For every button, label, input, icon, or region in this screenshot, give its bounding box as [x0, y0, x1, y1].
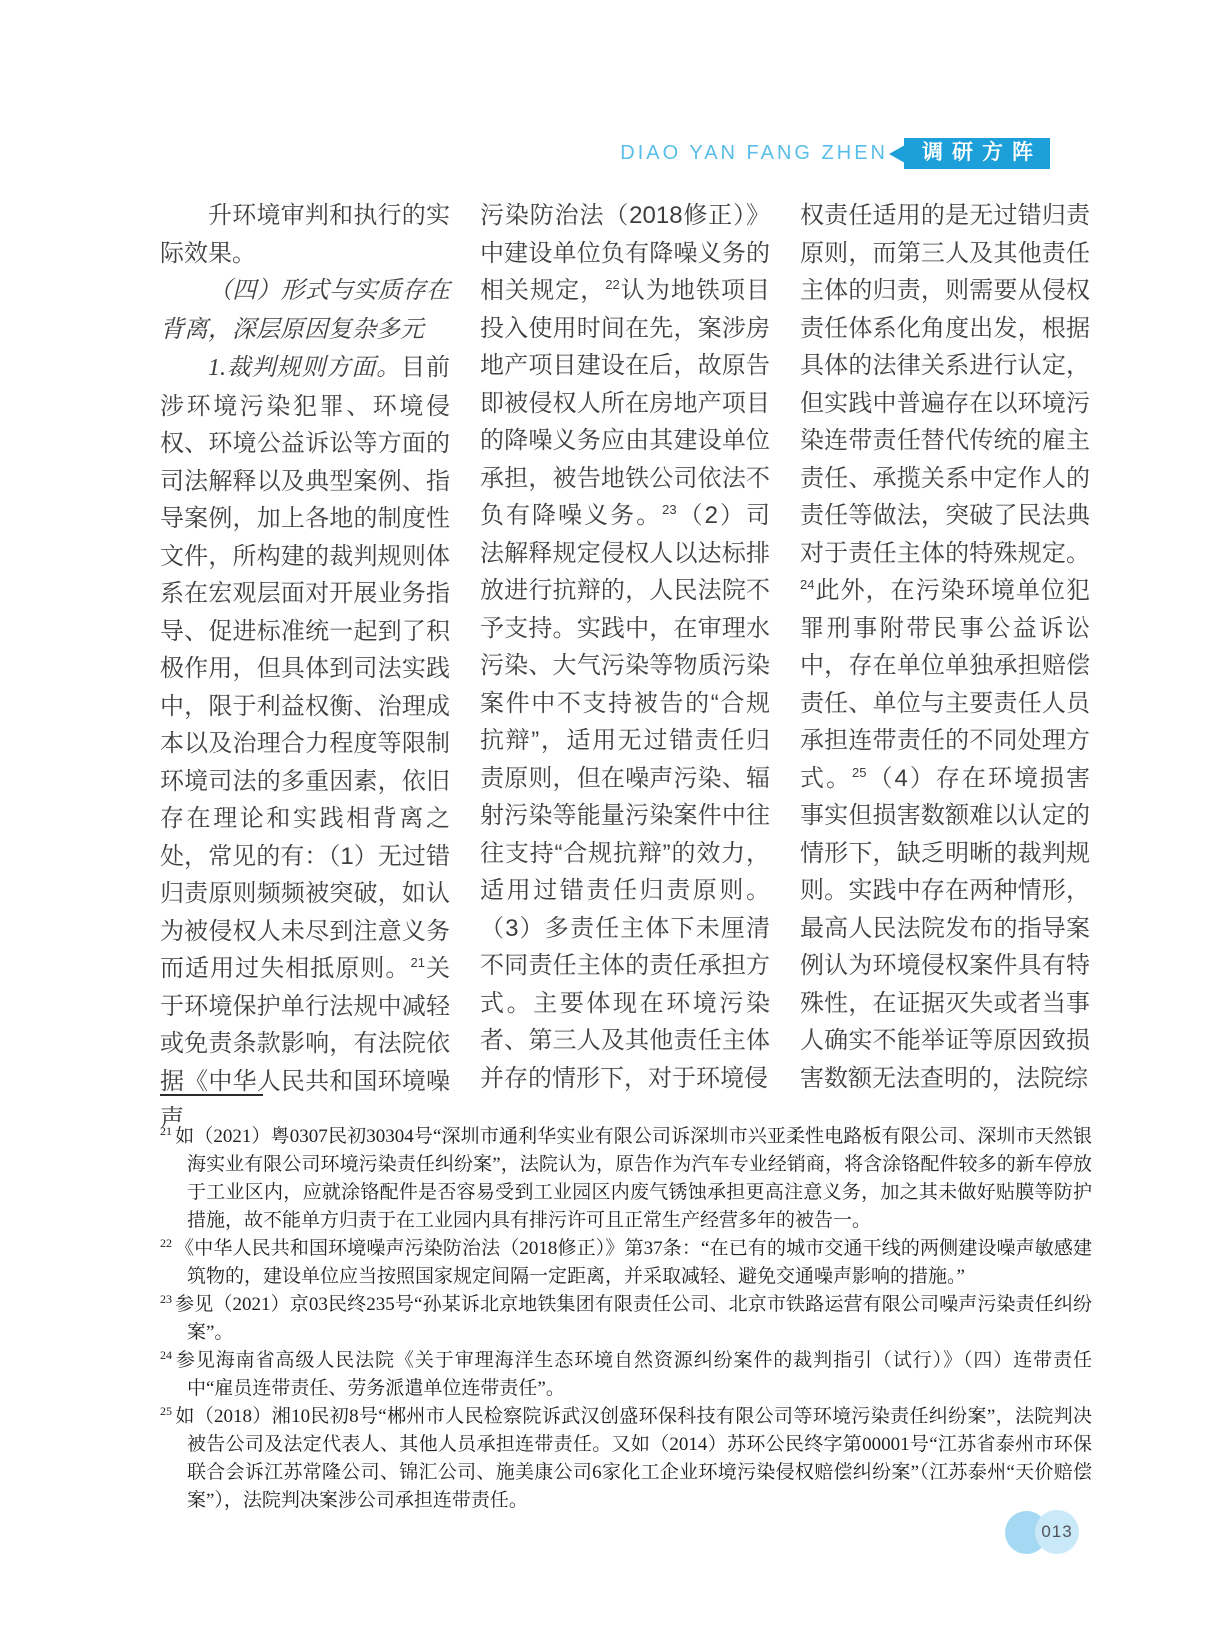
paragraph-continuation: 升环境审判和执行的实际效果。: [160, 197, 450, 272]
footnote-text: 参见（2021）京03民终235号“孙某诉北京地铁集团有限责任公司、北京市铁路运…: [175, 1294, 1092, 1343]
footnote-21: 21如（2021）粤0307民初30304号“深圳市通利华实业有限公司诉深圳市兴…: [160, 1123, 1092, 1235]
text-column-1: 升环境审判和执行的实际效果。 （四）形式与实质存在背离，深层原因复杂多元 1.裁…: [160, 197, 450, 1138]
page-number-badge: 013: [1005, 1510, 1079, 1554]
footnotes-section: 21如（2021）粤0307民初30304号“深圳市通利华实业有限公司诉深圳市兴…: [160, 1094, 1092, 1515]
footnote-ref: 24: [800, 577, 814, 592]
circle-decoration-right: 013: [1035, 1510, 1079, 1554]
footnote-separator: [160, 1094, 263, 1096]
article-body: 升环境审判和执行的实际效果。 （四）形式与实质存在背离，深层原因复杂多元 1.裁…: [160, 197, 1090, 1138]
journal-page: DIAO YAN FANG ZHEN 调研方阵 升环境审判和执行的实际效果。 （…: [0, 0, 1207, 1649]
text-segment: （4）存在环境损害事实但损害数额难以认定的情形下，缺乏明晰的裁判规则。实践中存在…: [800, 765, 1090, 1092]
text-segment: 认为地铁项目投入使用时间在先，案涉房地产项目建设在后，故原告即被侵权人所在房地产…: [480, 277, 770, 529]
header-pinyin-title: DIAO YAN FANG ZHEN: [620, 142, 888, 165]
footnote-number: 24: [160, 1348, 172, 1362]
footnote-text: 如（2021）粤0307民初30304号“深圳市通利华实业有限公司诉深圳市兴亚柔…: [175, 1126, 1092, 1231]
paragraph: 权责任适用的是无过错归责原则，而第三人及其他责任主体的归责，则需要从侵权责任体系…: [800, 197, 1090, 1097]
subsection-heading: （四）形式与实质存在背离，深层原因复杂多元: [160, 272, 450, 349]
paragraph: 1.裁判规则方面。目前涉环境污染犯罪、环境侵权、环境公益诉讼等方面的司法解释以及…: [160, 349, 450, 1138]
text-segment: 权责任适用的是无过错归责原则，而第三人及其他责任主体的归责，则需要从侵权责任体系…: [800, 202, 1090, 567]
section-tag: 调研方阵: [904, 138, 1050, 169]
section-tag-label: 调研方阵: [922, 141, 1042, 164]
footnote-number: 25: [160, 1404, 172, 1418]
footnote-ref: 23: [662, 502, 676, 517]
footnote-text: 参见海南省高级人民法院《关于审理海洋生态环境自然资源纠纷案件的裁判指引（试行）》…: [175, 1350, 1092, 1399]
text-segment: （2）司法解释规定侵权人以达标排放进行抗辩的，人民法院不予支持。实践中，在审理水…: [480, 502, 770, 1092]
left-arrow-icon: [889, 145, 905, 163]
paragraph: 污染防治法（2018修正）》中建设单位负有降噪义务的相关规定，22认为地铁项目投…: [480, 197, 770, 1097]
footnote-23: 23参见（2021）京03民终235号“孙某诉北京地铁集团有限责任公司、北京市铁…: [160, 1291, 1092, 1347]
footnote-number: 23: [160, 1292, 172, 1306]
footnote-ref: 25: [852, 765, 866, 780]
footnote-text: 如（2018）湘10民初8号“郴州市人民检察院诉武汉创盛环保科技有限公司等环境污…: [175, 1406, 1092, 1511]
page-header: DIAO YAN FANG ZHEN 调研方阵: [0, 138, 1050, 169]
footnote-text: 《中华人民共和国环境噪声污染防治法（2018修正）》第37条：“在已有的城市交通…: [175, 1238, 1092, 1287]
footnote-22: 22《中华人民共和国环境噪声污染防治法（2018修正）》第37条：“在已有的城市…: [160, 1235, 1092, 1291]
footnote-25: 25如（2018）湘10民初8号“郴州市人民检察院诉武汉创盛环保科技有限公司等环…: [160, 1403, 1092, 1515]
footnote-24: 24参见海南省高级人民法院《关于审理海洋生态环境自然资源纠纷案件的裁判指引（试行…: [160, 1347, 1092, 1403]
text-segment: （四）形式与实质存在背离，深层原因复杂多元: [160, 278, 450, 343]
text-column-2: 污染防治法（2018修正）》中建设单位负有降噪义务的相关规定，22认为地铁项目投…: [480, 197, 770, 1138]
page-number: 013: [1041, 1522, 1072, 1542]
text-column-3: 权责任适用的是无过错归责原则，而第三人及其他责任主体的归责，则需要从侵权责任体系…: [800, 197, 1090, 1138]
footnote-number: 21: [160, 1124, 172, 1138]
footnote-ref: 21: [410, 955, 424, 970]
text-segment: 升环境审判和执行的实际效果。: [160, 202, 450, 267]
text-segment: 1.裁判规则方面。: [208, 355, 401, 381]
text-segment: 目前涉环境污染犯罪、环境侵权、环境公益诉讼等方面的司法解释以及典型案例、指导案例…: [160, 354, 450, 982]
footnote-ref: 22: [605, 277, 619, 292]
text-segment: 此外，在污染环境单位犯罪刑事附带民事公益诉讼中，存在单位单独承担赔偿责任、单位与…: [800, 577, 1090, 792]
footnote-number: 22: [160, 1236, 172, 1250]
